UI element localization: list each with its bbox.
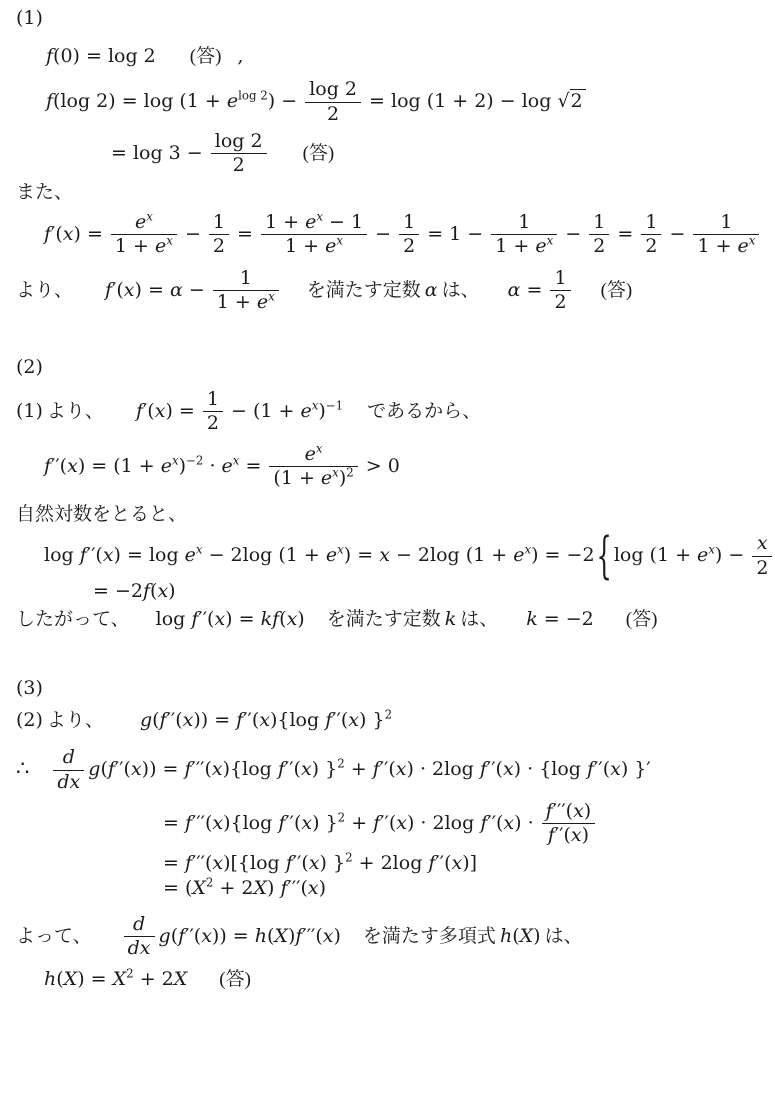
fraction: 12 [203, 389, 223, 435]
math-text: = [163, 852, 185, 874]
denominator: 2 [209, 234, 229, 257]
superscript: 2 [345, 850, 353, 864]
denominator: 2 [211, 153, 267, 176]
math-text: 2 [593, 235, 605, 257]
math-variable: f [480, 758, 487, 780]
math-variable: x [268, 289, 275, 303]
math-text: )[{log [223, 852, 286, 874]
japanese-text: より、 [16, 279, 73, 300]
math-text: = [239, 455, 267, 477]
math-text: (3) [16, 677, 43, 699]
math-text: ) = [225, 608, 260, 630]
math-text: − (1 + [225, 399, 301, 421]
math-variable: f [185, 812, 192, 834]
math-text: )) = [142, 758, 185, 780]
math-variable: x [63, 223, 74, 245]
numerator: 1 [399, 212, 419, 234]
math-variable: k [445, 608, 457, 630]
fraction: ex1 + ex [111, 212, 177, 258]
math-text: 1 [645, 211, 657, 233]
denominator: (1 + ex)2 [269, 466, 357, 489]
fraction: ex(1 + ex)2 [269, 444, 357, 490]
math-variable: x [332, 466, 339, 480]
math-text: 1 [213, 211, 225, 233]
eq-fdoubleprime: f′′(x) = (1 + ex)−2 · ex = ex(1 + ex)2 >… [16, 444, 767, 490]
math-text: ) } [359, 709, 385, 731]
math-variable: x [316, 210, 323, 224]
denominator: 2 [305, 102, 361, 125]
numerator: x [752, 533, 772, 555]
math-variable: x [196, 543, 203, 557]
denominator: dx [53, 770, 84, 793]
math-text: ( [152, 709, 159, 731]
math-text: ′′( [487, 758, 503, 780]
math-text: · [203, 455, 221, 477]
math-variable: x [547, 234, 554, 248]
math-text: = [231, 223, 259, 245]
math-variable: h [44, 968, 56, 990]
math-text: , [237, 45, 243, 67]
math-text: + 2 [134, 968, 174, 990]
math-variable: d [63, 746, 75, 768]
math-text: ) [582, 824, 589, 846]
math-text: 2 [327, 103, 339, 125]
math-variable: X [64, 968, 78, 990]
japanese-text: したがって、 [16, 609, 130, 630]
math-text: 1 [720, 211, 732, 233]
math-variable: x [323, 925, 334, 947]
superscript: x [336, 234, 343, 248]
math-variable: x [316, 442, 323, 456]
math-variable: e [135, 211, 146, 233]
math-variable: X [274, 925, 288, 947]
math-variable: e [161, 455, 172, 477]
superscript: x [332, 466, 339, 480]
math-variable: x [309, 852, 320, 874]
math-text: ) − [715, 544, 750, 566]
math-text: − [369, 223, 397, 245]
numerator: 1 [550, 268, 570, 290]
math-variable: x [452, 852, 463, 874]
numerator: 1 [641, 212, 661, 234]
superscript: x [708, 543, 715, 557]
math-text: log [156, 608, 192, 630]
math-text: ′( [143, 399, 155, 421]
math-text: 2 [756, 557, 768, 579]
math-text: ′( [112, 278, 124, 300]
math-text: 1 + [697, 235, 737, 257]
denominator: 2 [550, 290, 570, 313]
math-text: log [44, 544, 80, 566]
conclusion-hx: よって、ddxg(f′′(x)) = h(X)f′′′(x)を満たす多項式h(X… [16, 914, 767, 960]
math-text: 2 [213, 235, 225, 257]
japanese-text: (答) [626, 609, 658, 630]
math-text: 2 [385, 708, 393, 722]
japanese-text: を満たす定数 [307, 279, 421, 300]
math-text: ′′′( [288, 877, 308, 899]
math-text: )) = [212, 925, 255, 947]
math-variable: x [212, 852, 223, 874]
math-text: ( [512, 925, 519, 947]
math-text: > 0 [360, 455, 400, 477]
math-text: 2 [345, 850, 353, 864]
math-text: ) [297, 608, 304, 630]
eq-g-def: (2)より、g(f′′(x)) = f′′(x){log f′′(x) }2 [16, 708, 767, 734]
fraction: 12 [399, 212, 419, 258]
math-variable: x [146, 210, 153, 224]
japanese-text: であるから、 [367, 400, 481, 421]
japanese-text: 自然対数をとると、 [16, 504, 187, 525]
denominator: 2 [399, 234, 419, 257]
math-variable: e [222, 455, 233, 477]
japanese-text: (答) [190, 46, 222, 67]
math-text: ∴ [16, 756, 29, 780]
math-text: ) = (1 + [78, 455, 161, 477]
math-variable: f [185, 758, 192, 780]
fraction: 12 [589, 212, 609, 258]
math-text: ′( [51, 223, 63, 245]
math-variable: g [88, 758, 100, 780]
math-variable: f [136, 399, 143, 421]
math-variable: x [396, 758, 407, 780]
math-text: ( [171, 925, 178, 947]
math-variable: f [546, 800, 553, 822]
math-variable: X [174, 968, 188, 990]
math-text: −1 [326, 398, 343, 412]
superscript: x [268, 289, 275, 303]
math-text: ) = −2 [531, 544, 594, 566]
math-variable: x [157, 580, 168, 602]
math-variable: e [697, 544, 708, 566]
math-text: 1 + [495, 235, 535, 257]
superscript: x [316, 210, 323, 224]
math-text: + 2log [353, 852, 429, 874]
superscript: x [316, 442, 323, 456]
radicand: 2 [570, 89, 586, 112]
math-variable: X [254, 877, 268, 899]
math-variable: x [308, 877, 319, 899]
math-text: ′′( [555, 824, 571, 846]
math-variable: f [105, 278, 112, 300]
numerator: f′′′(x) [542, 801, 596, 823]
math-text: = −2 [93, 580, 143, 602]
math-text: ) [334, 925, 341, 947]
japanese-text: より、 [47, 710, 104, 731]
superscript: x [749, 234, 756, 248]
math-variable: x [201, 925, 212, 947]
math-text: ) · 2log [407, 758, 480, 780]
math-variable: e [326, 544, 337, 566]
math-text: 1 + [285, 235, 325, 257]
superscript: 2 [126, 967, 134, 981]
math-variable: x [503, 812, 514, 834]
math-text: 1 [403, 211, 415, 233]
eq-derivative: ∴ddxg(f′′(x)) = f′′′(x){log f′′(x) }2 + … [16, 747, 767, 793]
math-text: ) · [514, 812, 540, 834]
math-text: 2 [126, 967, 134, 981]
numerator: 1 [693, 212, 759, 234]
math-text: ){log [270, 709, 325, 731]
denominator: f′′(x) [542, 823, 596, 846]
math-text: ) = [165, 399, 200, 421]
eq-log-fdoubleprime: log f′′(x) = log ex − 2log (1 + ex) = x … [16, 533, 767, 579]
math-text: ) [179, 455, 186, 477]
math-text: log 2 [238, 89, 268, 103]
math-text: ′′( [293, 852, 309, 874]
math-text: 1 [207, 388, 219, 410]
math-text: ′′′( [192, 852, 212, 874]
math-variable: f [108, 758, 115, 780]
math-variable: f [548, 824, 555, 846]
math-variable: x [749, 234, 756, 248]
japanese-text: (答) [601, 279, 633, 300]
math-text: ′′( [594, 758, 610, 780]
numerator: ex [111, 212, 177, 234]
math-text: ′′( [115, 758, 131, 780]
math-variable: e [305, 211, 316, 233]
japanese-text: は、 [442, 279, 480, 300]
math-text: )] [462, 852, 477, 874]
math-text: ) − [268, 90, 303, 112]
math-variable: x [67, 455, 78, 477]
math-variable: e [185, 544, 196, 566]
numerator: 1 [209, 212, 229, 234]
math-text: ′′( [167, 709, 183, 731]
section-1-label: (1) [16, 6, 767, 32]
math-variable: x [503, 758, 514, 780]
math-variable: α [170, 278, 183, 300]
math-variable: e [535, 235, 546, 257]
math-text: 1 [593, 211, 605, 233]
math-variable: x [337, 543, 344, 557]
math-text: ′′( [285, 812, 301, 834]
denominator: 1 + ex [261, 234, 367, 257]
math-text: ) = log [114, 544, 185, 566]
math-variable: f [185, 852, 192, 874]
eq-from-part1: (1)より、f′(x) = 12 − (1 + ex)−1であるから、 [16, 389, 767, 435]
math-text: = [520, 278, 548, 300]
math-text: ′′( [185, 925, 201, 947]
denominator: 2 [752, 556, 772, 579]
superscript: −2 [186, 454, 203, 468]
fraction: log 22 [305, 79, 361, 125]
japanese-text: (答) [219, 969, 251, 990]
math-variable: f [46, 90, 53, 112]
math-text: 1 [240, 267, 252, 289]
math-text: ′′( [285, 758, 301, 780]
math-variable: f [46, 45, 53, 67]
math-variable: e [227, 90, 238, 112]
math-variable: f [143, 580, 150, 602]
answer-hx: h(X) = X2 + 2X(答) [16, 967, 767, 993]
math-variable: X [113, 968, 127, 990]
numerator: log 2 [305, 79, 361, 101]
math-text: ′′( [332, 709, 348, 731]
math-text: 2 [337, 757, 345, 771]
japanese-text: (答) [303, 143, 335, 164]
math-text: − 2log (1 + [203, 544, 326, 566]
fraction: ddx [53, 747, 84, 793]
math-variable: X [192, 877, 206, 899]
fraction: ddx [124, 914, 155, 960]
superscript: −1 [326, 398, 343, 412]
fraction: 11 + ex [213, 268, 279, 314]
math-text: ) } [320, 852, 346, 874]
math-text: = log (1 + 2) − log [363, 90, 557, 112]
math-variable: x [348, 709, 359, 731]
numerator: ex [269, 444, 357, 466]
math-variable: k [261, 608, 273, 630]
math-text: − [559, 223, 587, 245]
math-text: ′′′( [553, 800, 573, 822]
math-variable: x [131, 758, 142, 780]
math-text: 1 [518, 211, 530, 233]
math-text: 2 [233, 154, 245, 176]
math-variable: f [286, 852, 293, 874]
math-variable: e [300, 399, 311, 421]
math-variable: e [257, 291, 268, 313]
math-text: 2 [346, 466, 354, 480]
math-text: − [183, 278, 211, 300]
math-text: ){log [223, 758, 278, 780]
fraction: x2 [752, 533, 772, 579]
math-variable: f [278, 758, 285, 780]
math-variable: d [133, 913, 145, 935]
math-variable: g [159, 925, 171, 947]
fraction: 12 [550, 268, 570, 314]
math-variable: h [255, 925, 267, 947]
math-text: (2) [16, 356, 43, 378]
math-variable: x [212, 758, 223, 780]
math-variable: x [183, 709, 194, 731]
math-variable: f [160, 709, 167, 731]
denominator: 2 [203, 411, 223, 434]
math-text: ) · 2log [407, 812, 480, 834]
numerator: 1 [203, 389, 223, 411]
superscript: x [547, 234, 554, 248]
math-variable: f [587, 758, 594, 780]
math-variable: α [508, 278, 521, 300]
superscript: log 2 [238, 89, 268, 103]
math-variable: f [373, 758, 380, 780]
math-text: −2 [186, 454, 203, 468]
denominator: dx [124, 936, 155, 959]
math-text: 1 [554, 267, 566, 289]
math-text: + [345, 758, 373, 780]
math-variable: x [708, 543, 715, 557]
math-variable: x [155, 399, 166, 421]
eq-derivative-step2: = f′′′(x){log f′′(x) }2 + f′′(x) · 2log … [16, 801, 767, 847]
math-variable: x [301, 812, 312, 834]
superscript: x [166, 234, 173, 248]
math-variable: x [212, 812, 223, 834]
math-variable: x [214, 608, 225, 630]
math-text: ( [56, 968, 63, 990]
superscript: x [337, 543, 344, 557]
math-text: (1 + [273, 467, 321, 489]
math-text: ) [318, 399, 325, 421]
math-text: 2 [207, 412, 219, 434]
math-text: ′′′( [192, 812, 212, 834]
math-text: − 1 [323, 211, 363, 233]
numerator: d [124, 914, 155, 936]
math-text: 2 [554, 291, 566, 313]
solution-document: (1)f(0) = log 2(答),f(log 2) = log (1 + e… [0, 0, 775, 993]
math-text: ′′( [51, 455, 67, 477]
math-text: log 2 [309, 78, 357, 100]
math-text: = [163, 812, 185, 834]
math-variable: e [738, 235, 749, 257]
math-variable: x [124, 278, 135, 300]
math-text: log (1 + [614, 544, 697, 566]
math-variable: k [526, 608, 538, 630]
math-variable: x [259, 709, 270, 731]
big-delimiter: { [597, 532, 612, 581]
fraction: 12 [209, 212, 229, 258]
math-variable: f [44, 455, 51, 477]
math-text: ′′( [380, 758, 396, 780]
math-text: = [611, 223, 639, 245]
math-text: ′′( [198, 608, 214, 630]
section-3-label: (3) [16, 676, 767, 702]
eq-flog2: f(log 2) = log (1 + elog 2) − log 22 = l… [16, 79, 767, 125]
radical-sign: √ [557, 90, 569, 112]
japanese-text: は、 [460, 609, 498, 630]
math-variable: f [44, 223, 51, 245]
math-variable: f [280, 877, 287, 899]
math-text: ( [100, 758, 107, 780]
math-text: ) · {log [514, 758, 587, 780]
eq-derivative-step3: = f′′′(x)[{log f′′(x) }2 + 2log f′′(x)] [16, 851, 767, 877]
math-text: = 1 − [421, 223, 489, 245]
math-text: ){log [223, 812, 278, 834]
denominator: 2 [589, 234, 609, 257]
math-text: − [663, 223, 691, 245]
eq-minus2fx: = −2f(x) [16, 579, 767, 605]
denominator: 1 + ex [111, 234, 177, 257]
math-text: ( [279, 608, 286, 630]
eq-flog2-result: = log 3 − log 22(答) [16, 131, 767, 177]
math-variable: e [321, 467, 332, 489]
math-text: ) [533, 925, 540, 947]
superscript: 2 [385, 708, 393, 722]
eq-f0: f(0) = log 2(答), [16, 44, 767, 70]
denominator: 1 + ex [491, 234, 557, 257]
math-text: ) } [312, 758, 338, 780]
math-variable: x [172, 454, 179, 468]
math-text: (1) [16, 399, 43, 421]
math-variable: x [573, 800, 584, 822]
math-text: ′′( [435, 852, 451, 874]
math-variable: x [336, 234, 343, 248]
math-variable: dx [57, 771, 80, 793]
math-text: 1 + [115, 235, 155, 257]
math-text: ) [267, 877, 280, 899]
math-text: 2 [403, 235, 415, 257]
math-text: ) = [77, 968, 112, 990]
numerator: 1 + ex − 1 [261, 212, 367, 234]
numerator: 1 [491, 212, 557, 234]
math-variable: h [500, 925, 512, 947]
math-variable: α [425, 278, 438, 300]
fraction: 12 [641, 212, 661, 258]
math-text: log 2 [215, 130, 263, 152]
numerator: log 2 [211, 131, 267, 153]
math-variable: x [301, 758, 312, 780]
math-text: ′′′( [192, 758, 212, 780]
text-mata: また、 [16, 180, 767, 206]
math-text: ′′( [87, 544, 103, 566]
